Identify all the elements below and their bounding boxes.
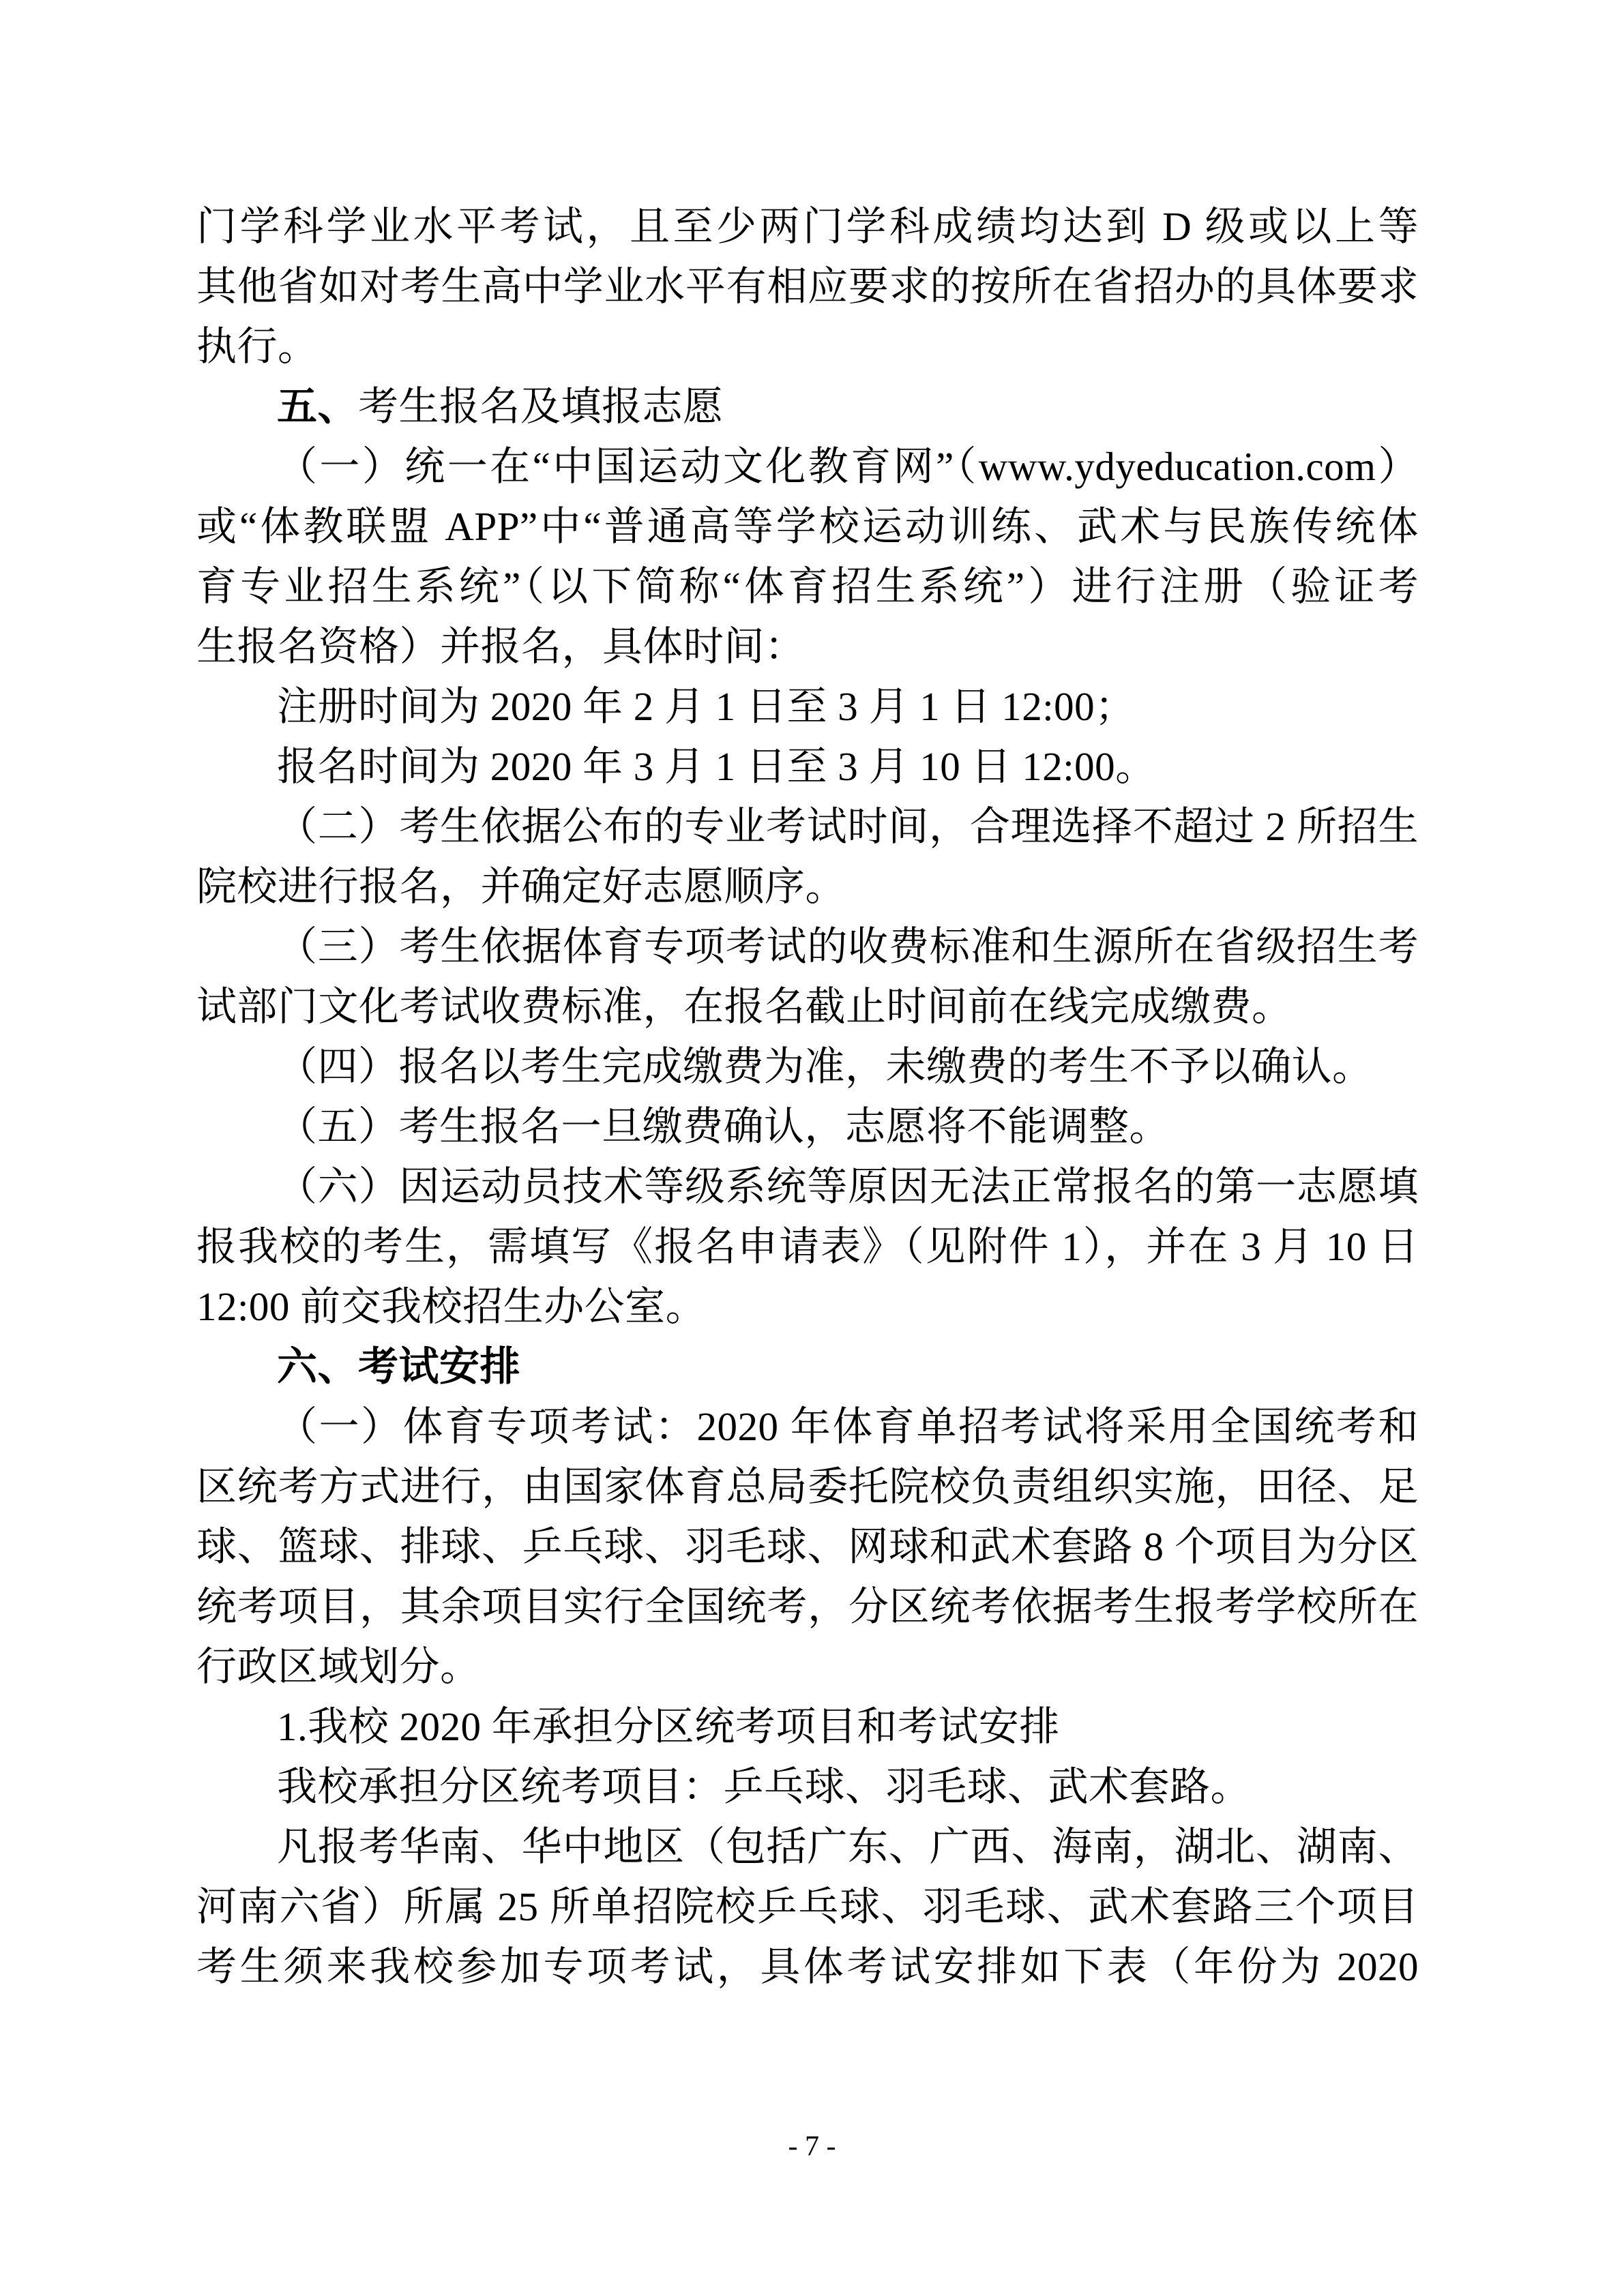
text-line: 统考项目，其余项目实行全国统考，分区统考依据考生报考学校所在 xyxy=(196,1577,1419,1637)
body-text: 报我校的考生，需填写《报名申请表》（见附件 1），并在 3 月 10 日 xyxy=(196,1224,1419,1269)
body-text: 河南六省）所属 25 所单招院校乒乓球、羽毛球、武术套路三个项目的 xyxy=(196,1884,1419,1937)
body-text: （六）因运动员技术等级系统等原因无法正常报名的第一志愿填 xyxy=(277,1164,1419,1209)
body-text: 区统考方式进行，由国家体育总局委托院校负责组织实施，田径、足 xyxy=(196,1464,1419,1509)
body-text: （四）报名以考生完成缴费为准，未缴费的考生不予以确认。 xyxy=(277,1044,1373,1089)
body-text: 其他省如对考生高中学业水平有相应要求的按所在省招办的具体要求 xyxy=(196,264,1419,309)
text-line: 区统考方式进行，由国家体育总局委托院校负责组织实施，田径、足 xyxy=(196,1457,1419,1517)
body-text: 12:00 前交我校招生办公室。 xyxy=(196,1284,706,1329)
text-line: 球、篮球、排球、乒乓球、羽毛球、网球和武术套路 8 个项目为分区 xyxy=(196,1517,1419,1577)
body-text: 我校承担分区统考项目：乒乓球、羽毛球、武术套路。 xyxy=(277,1764,1251,1809)
text-line: 生报名资格）并报名，具体时间： xyxy=(196,616,1419,676)
text-line: （一）体育专项考试：2020 年体育单招考试将采用全国统考和分 xyxy=(196,1397,1419,1457)
text-line: 育专业招生系统”（以下简称“体育招生系统”）进行注册（验证考 xyxy=(196,556,1419,616)
body-text: （五）考生报名一旦缴费确认，志愿将不能调整。 xyxy=(277,1104,1170,1149)
body-text: 执行。 xyxy=(196,324,319,369)
body-text: （三）考生依据体育专项考试的收费标准和生源所在省级招生考 xyxy=(277,924,1419,969)
text-line: 或“体教联盟 APP”中“普通高等学校运动训练、武术与民族传统体 xyxy=(196,496,1419,556)
text-line: 试部门文化考试收费标准，在报名截止时间前在线完成缴费。 xyxy=(196,976,1419,1037)
text-line: 注册时间为 2020 年 2 月 1 日至 3 月 1 日 12:00； xyxy=(196,676,1419,736)
body-text: 育专业招生系统”（以下简称“体育招生系统”）进行注册（验证考 xyxy=(196,564,1419,609)
text-line: 1.我校 2020 年承担分区统考项目和考试安排 xyxy=(196,1697,1419,1757)
document-text-block: 门学科学业水平考试，且至少两门学科成绩均达到 D 级或以上等级；其他省如对考生高… xyxy=(196,196,1419,1997)
document-page: 门学科学业水平考试，且至少两门学科成绩均达到 D 级或以上等级；其他省如对考生高… xyxy=(0,0,1624,2296)
text-line: 执行。 xyxy=(196,316,1419,376)
text-line: （三）考生依据体育专项考试的收费标准和生源所在省级招生考 xyxy=(196,916,1419,976)
text-line: 院校进行报名，并确定好志愿顺序。 xyxy=(196,856,1419,916)
body-text: 考生须来我校参加专项考试，具体考试安排如下表（年份为 2020 年）： xyxy=(196,1944,1419,1997)
text-line: （六）因运动员技术等级系统等原因无法正常报名的第一志愿填 xyxy=(196,1157,1419,1217)
section-heading: 五、考生报名及填报志愿 xyxy=(196,376,1419,436)
body-text: 凡报考华南、华中地区（包括广东、广西、海南，湖北、湖南、 xyxy=(277,1824,1419,1869)
body-text: 注册时间为 2020 年 2 月 1 日至 3 月 1 日 12:00； xyxy=(277,684,1136,729)
body-text: 试部门文化考试收费标准，在报名截止时间前在线完成缴费。 xyxy=(196,984,1293,1029)
text-line: 考生须来我校参加专项考试，具体考试安排如下表（年份为 2020 年）： xyxy=(196,1937,1419,1997)
body-text: 统考项目，其余项目实行全国统考，分区统考依据考生报考学校所在 xyxy=(196,1584,1419,1629)
text-line: 河南六省）所属 25 所单招院校乒乓球、羽毛球、武术套路三个项目的 xyxy=(196,1877,1419,1937)
body-text: 或“体教联盟 APP”中“普通高等学校运动训练、武术与民族传统体 xyxy=(196,504,1419,549)
text-line: 行政区域划分。 xyxy=(196,1637,1419,1697)
section-heading: 六、考试安排 xyxy=(196,1337,1419,1397)
text-line: 其他省如对考生高中学业水平有相应要求的按所在省招办的具体要求 xyxy=(196,256,1419,316)
text-line: 凡报考华南、华中地区（包括广东、广西、海南，湖北、湖南、 xyxy=(196,1817,1419,1877)
body-text: 球、篮球、排球、乒乓球、羽毛球、网球和武术套路 8 个项目为分区 xyxy=(196,1524,1419,1569)
body-text: 1.我校 2020 年承担分区统考项目和考试安排 xyxy=(277,1704,1060,1749)
text-line: 我校承担分区统考项目：乒乓球、羽毛球、武术套路。 xyxy=(196,1757,1419,1817)
page-number: - 7 - xyxy=(0,2126,1624,2167)
body-text: 考生报名及填报志愿 xyxy=(358,384,724,429)
heading-text: 六、考试安排 xyxy=(277,1344,520,1389)
body-text: 院校进行报名，并确定好志愿顺序。 xyxy=(196,864,846,909)
text-line: 12:00 前交我校招生办公室。 xyxy=(196,1277,1419,1337)
text-line: （二）考生依据公布的专业考试时间，合理选择不超过 2 所招生 xyxy=(196,796,1419,856)
body-text: 行政区域划分。 xyxy=(196,1644,481,1689)
heading-text: 五、 xyxy=(277,384,358,429)
body-text: （一）统一在“中国运动文化教育网”（www.ydyeducation.com） xyxy=(277,444,1419,489)
text-line: （四）报名以考生完成缴费为准，未缴费的考生不予以确认。 xyxy=(196,1037,1419,1097)
text-line: 报我校的考生，需填写《报名申请表》（见附件 1），并在 3 月 10 日 xyxy=(196,1217,1419,1277)
text-line: 报名时间为 2020 年 3 月 1 日至 3 月 10 日 12:00。 xyxy=(196,736,1419,796)
body-text: 门学科学业水平考试，且至少两门学科成绩均达到 D 级或以上等级； xyxy=(196,204,1419,256)
text-line: （五）考生报名一旦缴费确认，志愿将不能调整。 xyxy=(196,1097,1419,1157)
body-text: 生报名资格）并报名，具体时间： xyxy=(196,624,806,669)
body-text: （二）考生依据公布的专业考试时间，合理选择不超过 2 所招生 xyxy=(277,804,1419,849)
body-text: 报名时间为 2020 年 3 月 1 日至 3 月 10 日 12:00。 xyxy=(277,744,1156,789)
text-line: 门学科学业水平考试，且至少两门学科成绩均达到 D 级或以上等级； xyxy=(196,196,1419,256)
body-text: （一）体育专项考试：2020 年体育单招考试将采用全国统考和分 xyxy=(196,1404,1419,1457)
text-line: （一）统一在“中国运动文化教育网”（www.ydyeducation.com） xyxy=(196,436,1419,496)
